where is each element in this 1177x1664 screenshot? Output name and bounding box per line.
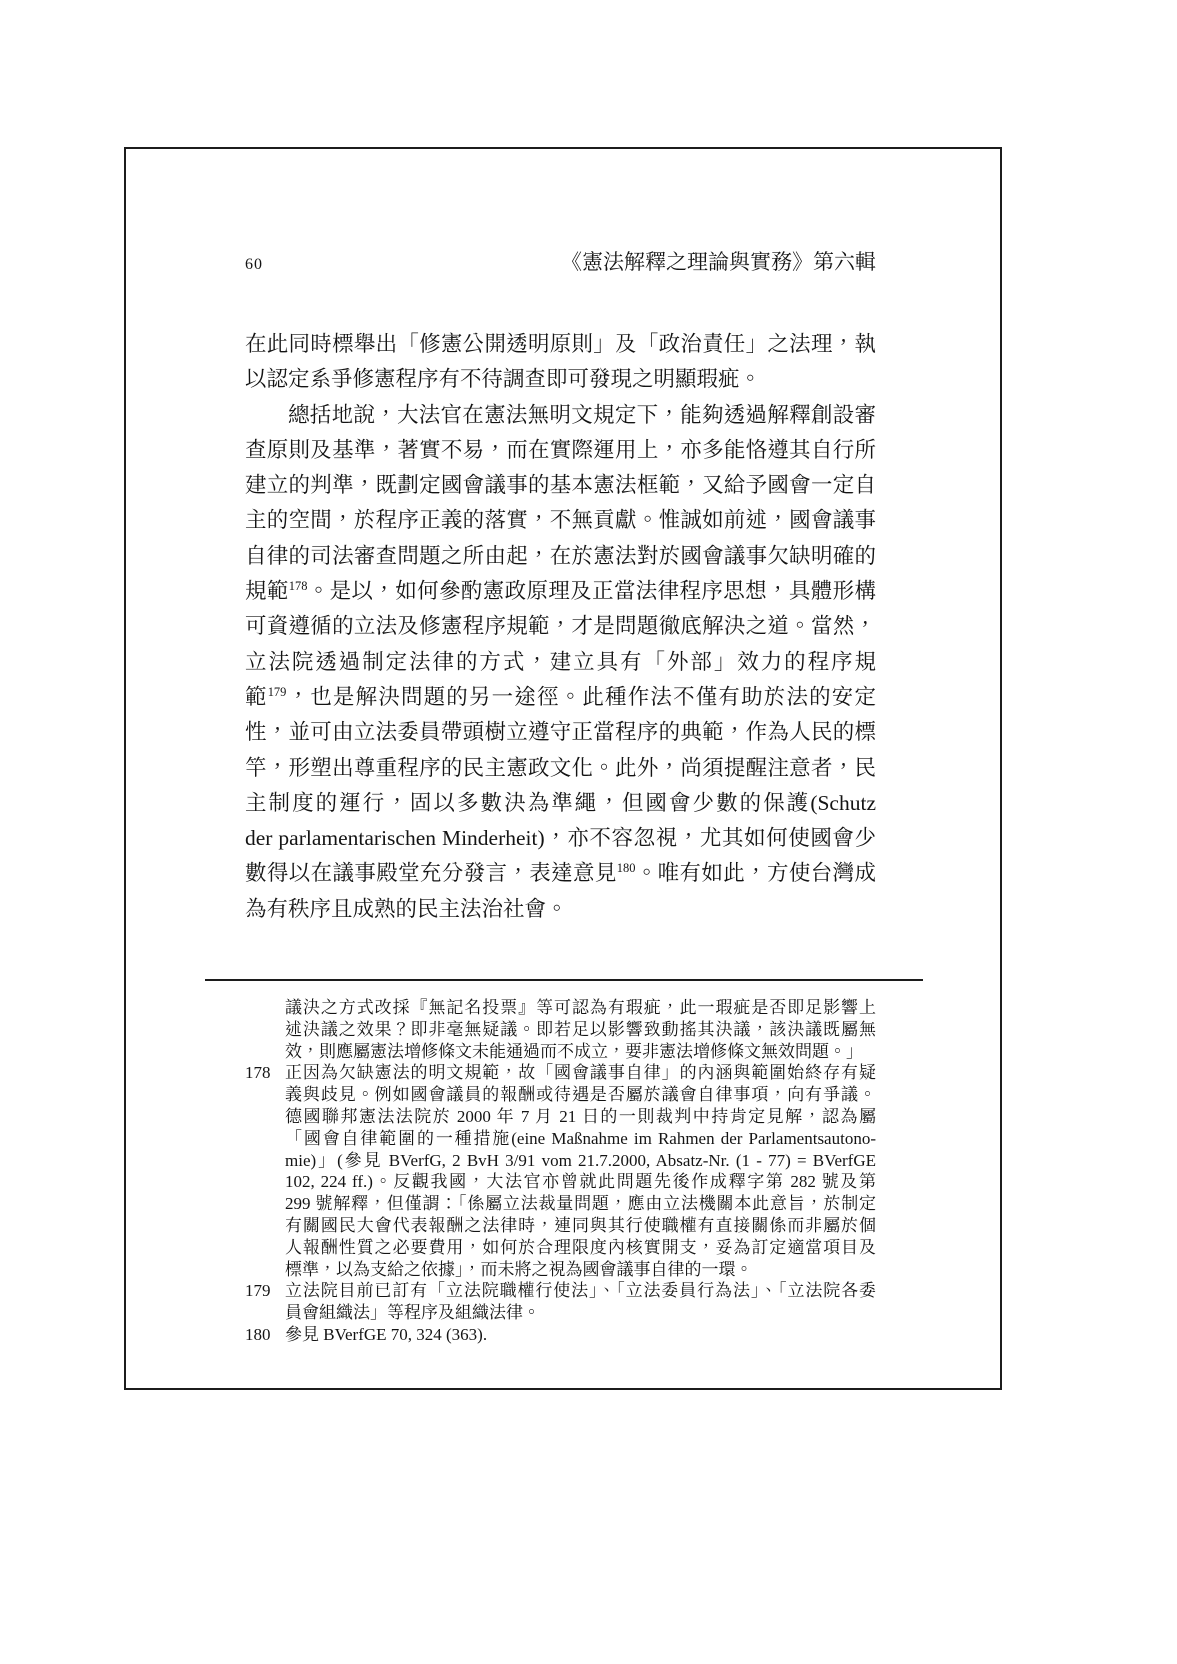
text-line: 以認定系爭修憲程序有不待調查即可發現之明顯瑕疵。 xyxy=(245,362,876,397)
text-line: 標準，以為支給之依據」，而未將之視為國會議事自律的一環。 xyxy=(285,1259,876,1281)
text-line: 主的空間，於程序正義的落實，不無貢獻。惟誠如前述，國會議事 xyxy=(245,503,876,538)
text-line: 在此同時標舉出「修憲公開透明原則」及「政治責任」之法理，執 xyxy=(245,327,876,362)
text-line: 建立的判準，既劃定國會議事的基本憲法框範，又給予國會一定自 xyxy=(245,468,876,503)
footnote-separator xyxy=(205,979,923,981)
text-line: 有關國民大會代表報酬之法律時，連同與其行使職權有直接關係而非屬於個 xyxy=(285,1215,876,1237)
text-line: der parlamentarischen Minderheit)，亦不容忽視，… xyxy=(245,821,876,856)
footnote-number: 178 xyxy=(245,1062,271,1084)
footnote-item: 179立法院目前已訂有「立法院職權行使法」、「立法委員行為法」、「立法院各委員會… xyxy=(245,1280,876,1324)
text-line: 竿，形塑出尊重程序的民主憲政文化。此外，尚須提醒注意者，民 xyxy=(245,751,876,786)
text-line: 可資遵循的立法及修憲程序規範，才是問題徹底解決之道。當然， xyxy=(245,609,876,644)
text-line: 299 號解釋，但僅謂：「係屬立法裁量問題，應由立法機關本此意旨，於制定 xyxy=(285,1193,876,1215)
text-line: 範179，也是解決問題的另一途徑。此種作法不僅有助於法的安定 xyxy=(245,680,876,715)
text-line: 議決之方式改採『無記名投票』等可認為有瑕疵，此一瑕疵是否即足影響上 xyxy=(285,997,876,1019)
text-line: 述決議之效果？即非毫無疑議。即若足以影響致動搖其決議，該決議既屬無 xyxy=(285,1019,876,1041)
text-line: 性，並可由立法委員帶頭樹立遵守正當程序的典範，作為人民的標 xyxy=(245,715,876,750)
text-line: 自律的司法審查問題之所由起，在於憲法對於國會議事欠缺明確的 xyxy=(245,539,876,574)
text-line: 效，則應屬憲法增修條文未能通過而不成立，要非憲法增修條文無效問題。」 xyxy=(285,1041,876,1063)
document-page: 60 《憲法解釋之理論與實務》第六輯 在此同時標舉出「修憲公開透明原則」及「政治… xyxy=(0,0,1177,1664)
text-line: 德國聯邦憲法法院於 2000 年 7 月 21 日的一則裁判中持肯定見解，認為屬 xyxy=(285,1106,876,1128)
text-line: 立法院目前已訂有「立法院職權行使法」、「立法委員行為法」、「立法院各委 xyxy=(285,1280,876,1302)
main-text: 在此同時標舉出「修憲公開透明原則」及「政治責任」之法理，執以認定系爭修憲程序有不… xyxy=(245,327,876,927)
footnote-continuation: 議決之方式改採『無記名投票』等可認為有瑕疵，此一瑕疵是否即足影響上述決議之效果？… xyxy=(245,997,876,1062)
text-line: 立法院透過制定法律的方式，建立具有「外部」效力的程序規 xyxy=(245,645,876,680)
footnote-ref: 178 xyxy=(289,579,308,593)
text-line: 數得以在議事殿堂充分發言，表達意見180。唯有如此，方使台灣成 xyxy=(245,856,876,891)
footnote-item: 180參見 BVerfGE 70, 324 (363). xyxy=(245,1324,876,1346)
text-line: 總括地說，大法官在憲法無明文規定下，能夠透過解釋創設審 xyxy=(245,398,876,433)
text-line: 正因為欠缺憲法的明文規範，故「國會議事自律」的內涵與範圍始終存有疑 xyxy=(285,1062,876,1084)
footnote-item: 178正因為欠缺憲法的明文規範，故「國會議事自律」的內涵與範圍始終存有疑義與歧見… xyxy=(245,1062,876,1280)
text-line: 規範178。是以，如何參酌憲政原理及正當法律程序思想，具體形構 xyxy=(245,574,876,609)
text-line: 員會組織法」等程序及組織法律。 xyxy=(285,1302,876,1324)
text-line: 主制度的運行，固以多數決為準繩，但國會少數的保護(Schutz xyxy=(245,786,876,821)
text-line: 參見 BVerfGE 70, 324 (363). xyxy=(285,1324,876,1346)
running-head: 60 《憲法解釋之理論與實務》第六輯 xyxy=(245,246,876,276)
footnotes: 議決之方式改採『無記名投票』等可認為有瑕疵，此一瑕疵是否即足影響上述決議之效果？… xyxy=(245,997,876,1346)
text-line: 102, 224 ff.)。反觀我國，大法官亦曾就此問題先後作成釋字第 282 … xyxy=(285,1171,876,1193)
footnote-ref: 179 xyxy=(268,685,287,699)
footnote-ref: 180 xyxy=(617,861,636,875)
text-line: 人報酬性質之必要費用，如何於合理限度內核實開支，妥為訂定適當項目及 xyxy=(285,1237,876,1259)
text-line: mie)」(參見 BVerfG, 2 BvH 3/91 vom 21.7.200… xyxy=(285,1150,876,1172)
footnote-number: 179 xyxy=(245,1280,271,1302)
running-head-title: 《憲法解釋之理論與實務》第六輯 xyxy=(561,246,876,276)
footnote-number: 180 xyxy=(245,1324,271,1346)
text-line: 查原則及基準，著實不易，而在實際運用上，亦多能恪遵其自行所 xyxy=(245,433,876,468)
text-line: 「國會自律範圍的一種措施(eine Maßnahme im Rahmen der… xyxy=(285,1128,876,1150)
page-number: 60 xyxy=(245,256,263,274)
text-line: 義與歧見。例如國會議員的報酬或待遇是否屬於議會自律事項，向有爭議。 xyxy=(285,1084,876,1106)
text-line: 為有秩序且成熟的民主法治社會。 xyxy=(245,892,876,927)
